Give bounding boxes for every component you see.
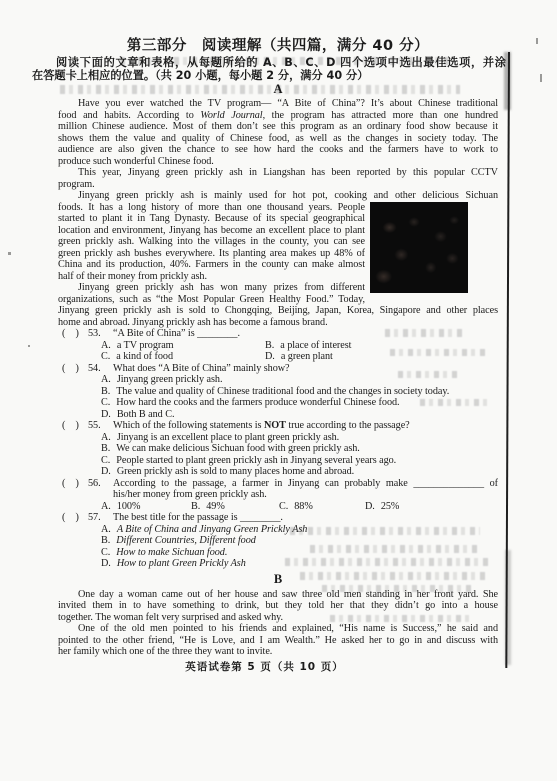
option-55-c: C.People started to plant green prickly …	[101, 455, 498, 467]
option-54-b: B.The value and quality of Chinese tradi…	[101, 386, 498, 398]
part-title: 第三部分 阅读理解（共四篇，满分 40 分）	[58, 38, 498, 54]
questions-a: ( ) 53. “A Bite of China” is ________. A…	[62, 328, 498, 570]
italic-journal-name: World Journal	[200, 110, 262, 121]
question-stem: What does “A Bite of China” mainly show?	[113, 363, 498, 375]
answer-blank-marker: ( )	[62, 328, 88, 340]
question-stem: Which of the following statements is NOT…	[113, 420, 498, 432]
option-57-a: A.A Bite of China and Jinyang Green Pric…	[101, 524, 498, 536]
passage-a-paragraph-1: Have you ever watched the TV program— “A…	[58, 98, 498, 167]
option-54-d: D.Both B and C.	[101, 409, 498, 421]
option-55-a: A.Jinyang is an excellent place to plant…	[101, 432, 498, 444]
question-55: ( ) 55. Which of the following statement…	[62, 420, 498, 478]
option-55-d: D.Green prickly ash is sold to many plac…	[101, 466, 498, 478]
passage-b-paragraph-1: One day a woman came out of her house an…	[58, 589, 498, 624]
passage-b-paragraph-2: One of the old men pointed to his friend…	[58, 623, 498, 658]
scan-speck	[536, 38, 538, 44]
scan-speck	[540, 74, 542, 82]
question-number: 54.	[88, 363, 113, 375]
exam-paper-page: 第三部分 阅读理解（共四篇，满分 40 分） 阅读下面的文章和表格，从每题所给的…	[0, 0, 557, 781]
question-number: 53.	[88, 328, 113, 340]
question-stem: The best title for the passage is ______…	[113, 512, 498, 524]
answer-blank-marker: ( )	[62, 512, 88, 524]
option-56-d: D.25%	[365, 501, 498, 513]
question-number: 55.	[88, 420, 113, 432]
option-54-c: C.How hard the cooks and the farmers pro…	[101, 397, 498, 409]
answer-blank-marker: ( )	[62, 363, 88, 375]
option-57-d: D.How to plant Green Prickly Ash	[101, 558, 498, 570]
emphasis-not: NOT	[264, 420, 286, 431]
section-a-label: A	[58, 83, 498, 96]
answer-blank-marker: ( )	[62, 478, 88, 490]
option-53-c: C.a kind of food	[101, 351, 265, 363]
instructions-line-1: 阅读下面的文章和表格，从每题所给的 A、B、C、D 四个选项中选出最佳选项，并涂	[32, 56, 506, 69]
question-stem: “A Bite of China” is ________.	[113, 328, 498, 340]
answer-blank-marker: ( )	[62, 420, 88, 432]
page-footer: 英语试卷第 5 页（共 10 页）	[0, 659, 543, 674]
passage-a: Have you ever watched the TV program— “A…	[58, 98, 498, 658]
option-57-c: C.How to make Sichuan food.	[101, 547, 498, 559]
option-53-a: A.a TV program	[101, 340, 265, 352]
question-53: ( ) 53. “A Bite of China” is ________. A…	[62, 328, 498, 363]
option-53-d: D.a green plant	[265, 351, 498, 363]
instructions-line-2: 在答题卡上相应的位置。（共 20 小题，每小题 2 分，满分 40 分）	[32, 69, 506, 82]
prickly-ash-photo	[370, 202, 468, 293]
question-56: ( ) 56. According to the passage, a farm…	[62, 478, 498, 513]
question-stem: According to the passage, a farmer in Ji…	[113, 478, 498, 501]
scan-speck	[8, 252, 11, 255]
option-53-b: B.a place of interest	[265, 340, 498, 352]
passage-a-paragraph-2: This year, Jinyang green prickly ash in …	[58, 167, 498, 190]
option-56-a: A.100%	[101, 501, 191, 513]
section-b-label: B	[58, 573, 498, 586]
question-57: ( ) 57. The best title for the passage i…	[62, 512, 498, 570]
option-56-c: C.88%	[279, 501, 365, 513]
option-55-b: B.We can make delicious Sichuan food wit…	[101, 443, 498, 455]
question-54: ( ) 54. What does “A Bite of China” main…	[62, 363, 498, 421]
instructions: 阅读下面的文章和表格，从每题所给的 A、B、C、D 四个选项中选出最佳选项，并涂…	[32, 56, 506, 82]
option-56-b: B.49%	[191, 501, 279, 513]
option-57-b: B.Different Countries, Different food	[101, 535, 498, 547]
option-54-a: A.Jinyang green prickly ash.	[101, 374, 498, 386]
question-number: 56.	[88, 478, 113, 490]
question-number: 57.	[88, 512, 113, 524]
scan-speck	[28, 345, 30, 347]
